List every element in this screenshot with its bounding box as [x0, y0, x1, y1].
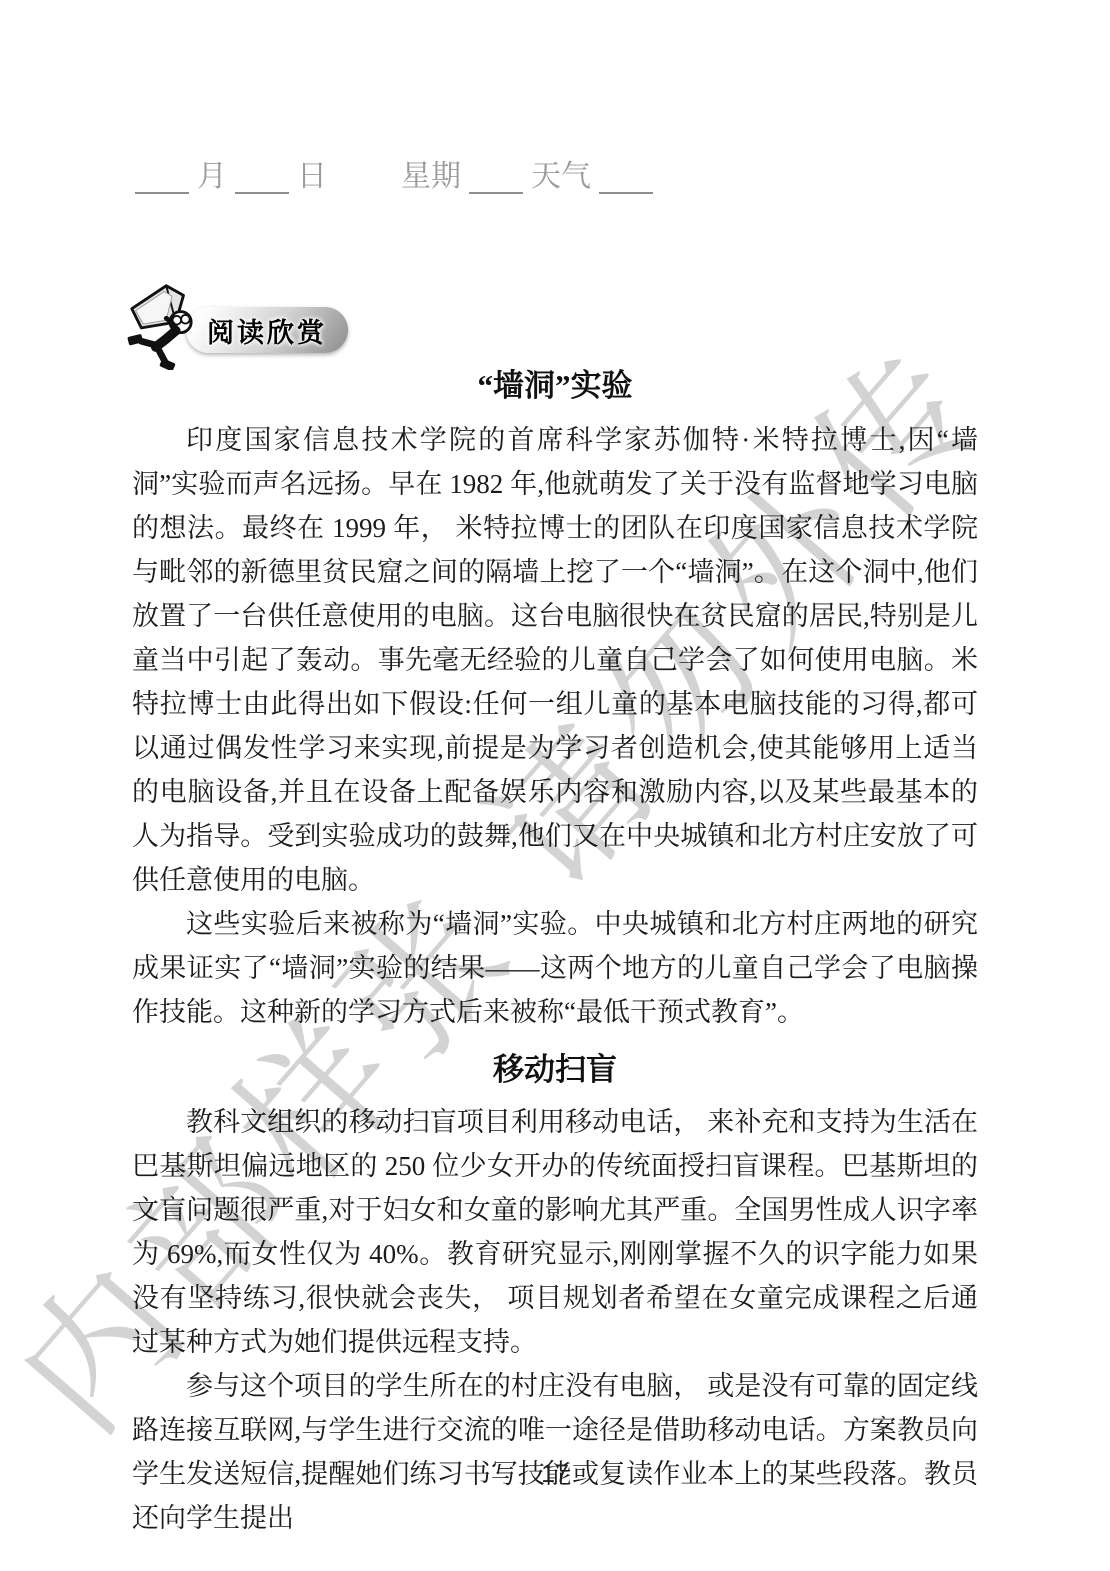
badge-label: 阅读欣赏 [207, 311, 327, 350]
weather-label: 天气 [531, 160, 591, 194]
article-content: “墙洞”实验 印度国家信息技术学院的首席科学家苏伽特·米特拉博士,因“墙洞”实验… [132, 366, 978, 1540]
reading-appreciation-badge: 阅读欣赏 [124, 280, 364, 372]
week-blank-line [469, 162, 523, 194]
article-paragraph: 这些实验后来被称为“墙洞”实验。中央城镇和北方村庄两地的研究成果证实了“墙洞”实… [132, 902, 978, 1034]
article-title-mobile-literacy: 移动扫盲 [132, 1050, 978, 1090]
page-number: 17 [0, 1460, 1110, 1489]
article-title-wall-hole: “墙洞”实验 [132, 366, 978, 406]
week-label: 星期 [401, 160, 461, 194]
reading-figure-icon [124, 280, 220, 375]
month-blank-line [135, 162, 189, 194]
month-label: 月 [197, 160, 227, 194]
day-blank-line [235, 162, 289, 194]
article-paragraph: 教科文组织的移动扫盲项目利用移动电话， 来补充和支持为生活在巴基斯坦偏远地区的 … [132, 1100, 978, 1364]
textbook-page: 内部样张 请勿外传 月 日 星期 天气 阅读欣赏 [0, 0, 1110, 1571]
day-label: 日 [297, 160, 327, 194]
weather-blank-line [599, 162, 653, 194]
article-paragraph: 参与这个项目的学生所在的村庄没有电脑， 或是没有可靠的固定线路连接互联网,与学生… [132, 1364, 978, 1540]
date-weather-header: 月 日 星期 天气 [135, 160, 653, 194]
article-paragraph: 印度国家信息技术学院的首席科学家苏伽特·米特拉博士,因“墙洞”实验而声名远扬。早… [132, 418, 978, 902]
